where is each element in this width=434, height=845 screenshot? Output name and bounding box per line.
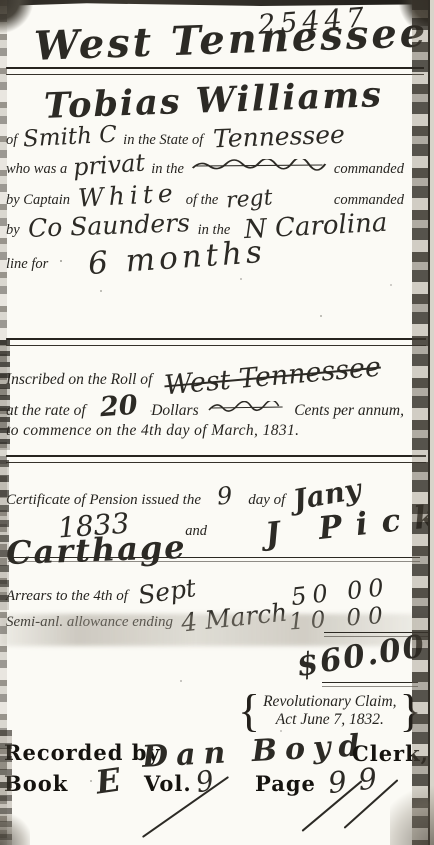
arrears-line: Arrears to the 4th of Sept 50 00 [6, 577, 404, 606]
crossed-out-cents [207, 401, 287, 420]
printed-in-the: in the [151, 161, 184, 178]
printed-by: by [6, 222, 20, 239]
pension-document: 25447 West Tennessee Tobias Williams of … [0, 0, 434, 845]
rank-value: privat [72, 149, 146, 182]
county-value: Smith C [23, 122, 118, 153]
claim-note-line1: Revolutionary Claim, [263, 693, 396, 711]
printed-of-the: of the [186, 192, 219, 209]
printed-by-captain: by Captain [6, 192, 70, 209]
rank-line: who was a privat in the commanded [6, 151, 404, 179]
printed-commence: to commence on the 4th day of March, 183… [6, 422, 299, 440]
dollars-value: 20 [99, 390, 139, 424]
document-title: West Tennessee [33, 9, 429, 70]
colonel-line: by Co Saunders in the N Carolina [6, 211, 404, 241]
brace-open: { [238, 688, 260, 734]
state-value: Tennessee [213, 118, 405, 154]
duration-line: line for 6 months [6, 240, 404, 276]
crossed-out-scribble [190, 159, 328, 178]
captain-name: White [77, 178, 178, 212]
book-value: E [93, 760, 122, 801]
page-label: Page [255, 771, 316, 796]
printed-dollars: Dollars [151, 402, 198, 420]
commence-line: to commence on the 4th day of March, 183… [6, 422, 404, 440]
claim-note-line2: Act June 7, 1832. [276, 711, 384, 729]
printed-cents: Cents per annum, [294, 402, 404, 420]
regiment-value: regt [226, 182, 327, 214]
section-rule [6, 338, 426, 346]
pensioner-name: Tobias Williams [43, 74, 383, 127]
printed-at-rate: at the rate of [6, 402, 86, 420]
recorded-by-label: Recorded by [4, 740, 161, 765]
scan-edge-bottom-left [0, 811, 30, 845]
inscribed-line: Inscribed on the Roll of West Tennessee [6, 360, 404, 391]
scan-edge-top-left [0, 0, 34, 34]
duration-value: 6 months [87, 234, 267, 282]
rate-line: at the rate of 20 Dollars Cents per annu… [6, 391, 404, 422]
printed-inscribed: Inscribed on the Roll of [6, 371, 152, 389]
printed-of: of [6, 132, 17, 149]
printed-who-was-a: who was a [6, 161, 67, 178]
scan-edge-right-margin [430, 0, 434, 845]
book-label: Book [4, 771, 68, 796]
claim-note: { Revolutionary Claim, Act June 7, 1832.… [238, 688, 422, 734]
scan-edge-right-line [428, 0, 430, 845]
captain-line: by Captain White of the regt commanded [6, 181, 404, 210]
vol-label: Vol. [144, 771, 192, 796]
printed-line-for: line for [6, 256, 48, 273]
scan-edge-top [0, 0, 434, 6]
place-value: Carthage [5, 528, 187, 572]
printed-and: and [185, 523, 207, 540]
colonel-name: Co Saunders [27, 208, 190, 243]
county-line: of Smith C in the State of Tennessee [6, 121, 404, 150]
printed-in-state-of: in the State of [123, 132, 203, 149]
printed-commanded: commanded [334, 161, 404, 178]
section-rule [6, 455, 426, 463]
scan-edge-bottom-right [390, 785, 434, 845]
brace-close: } [400, 688, 422, 734]
